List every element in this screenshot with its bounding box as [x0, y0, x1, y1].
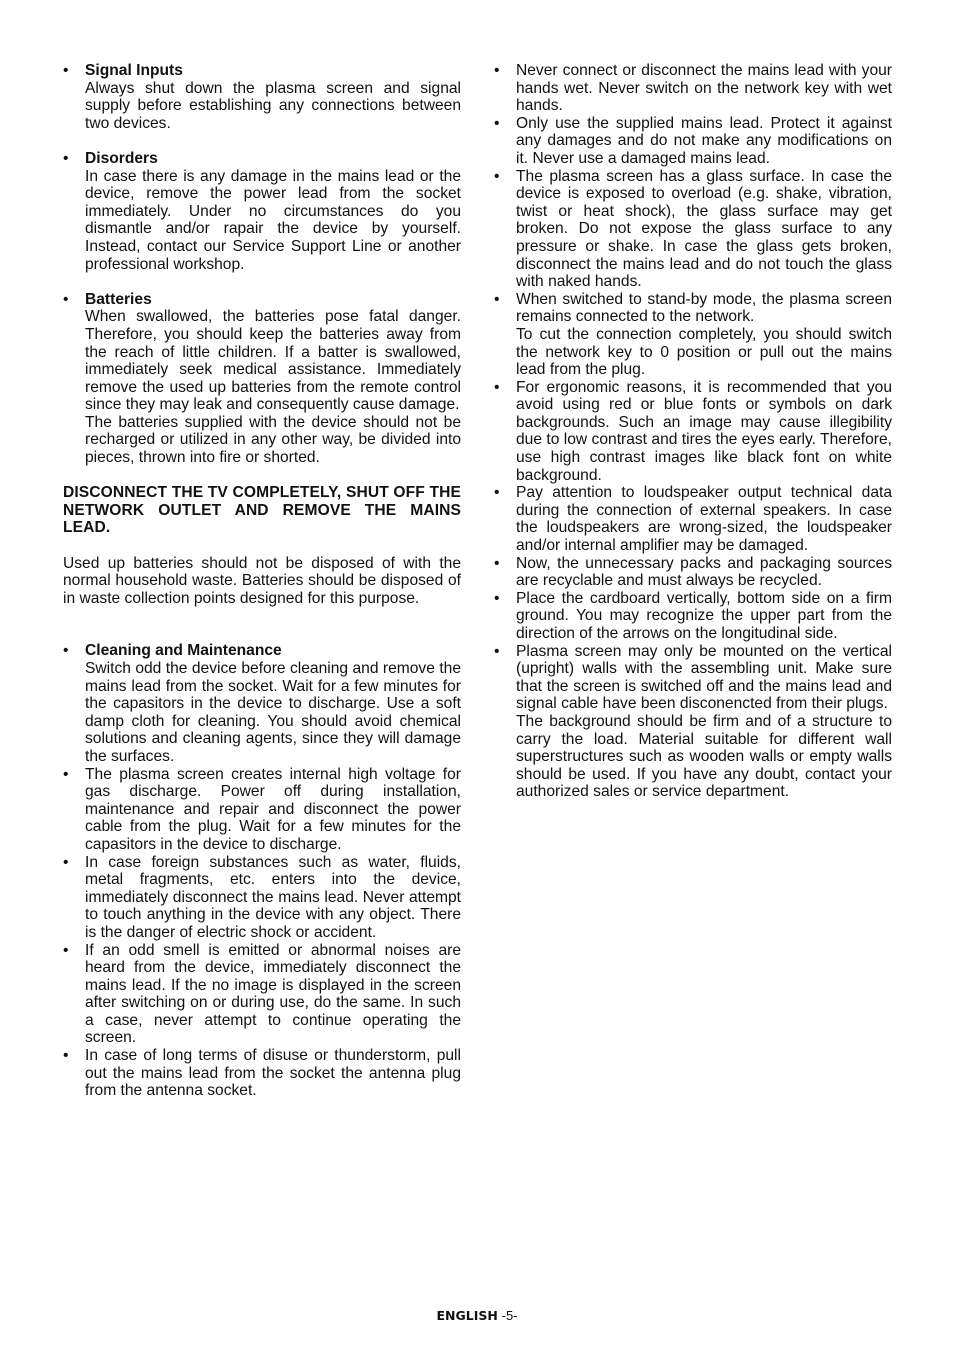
list-item-text: Plasma screen may only be mounted on the… [516, 643, 892, 713]
bullet-icon: • [494, 62, 504, 80]
section-title: Disorders [85, 150, 461, 168]
list-item-text: Never connect or disconnect the mains le… [516, 62, 892, 115]
list-item: • Never connect or disconnect the mains … [494, 62, 892, 115]
bullet-icon: • [63, 766, 73, 784]
section-text: The batteries supplied with the device s… [85, 414, 461, 467]
list-item-text: The plasma screen has a glass surface. I… [516, 168, 892, 291]
section-text: When swallowed, the batteries pose fatal… [85, 308, 461, 414]
list-item-text: To cut the connection completely, you sh… [516, 326, 892, 379]
list-item: • If an odd smell is emitted or abnormal… [63, 942, 461, 1048]
page-footer: ENGLISH -5- [0, 1308, 954, 1323]
list-item-text: In case foreign substances such as water… [85, 854, 461, 942]
bullet-icon: • [494, 291, 504, 309]
battery-disposal-note: Used up batteries should not be disposed… [63, 555, 461, 608]
left-column: • Signal Inputs Always shut down the pla… [63, 62, 461, 1100]
section-text: In case there is any damage in the mains… [85, 168, 461, 274]
bullet-icon: • [63, 62, 73, 80]
bullet-icon: • [494, 643, 504, 661]
list-item-text: Place the cardboard vertically, bottom s… [516, 590, 892, 643]
section-title: Cleaning and Maintenance [85, 642, 461, 660]
list-item-text: For ergonomic reasons, it is recommended… [516, 379, 892, 485]
list-item: • In case foreign substances such as wat… [63, 854, 461, 942]
page-number: -5- [502, 1308, 518, 1323]
list-item: • Pay attention to loudspeaker output te… [494, 484, 892, 554]
list-item-text: When switched to stand-by mode, the plas… [516, 291, 892, 326]
list-item: • Now, the unnecessary packs and packagi… [494, 555, 892, 590]
list-item: • The plasma screen creates internal hig… [63, 766, 461, 854]
list-item: • Place the cardboard vertically, bottom… [494, 590, 892, 643]
list-item-text: Only use the supplied mains lead. Protec… [516, 115, 892, 168]
footer-language: ENGLISH [437, 1308, 498, 1323]
disconnect-warning: DISCONNECT THE TV COMPLETELY, SHUT OFF T… [63, 484, 461, 537]
list-item: • Plasma screen may only be mounted on t… [494, 643, 892, 801]
bullet-icon: • [494, 379, 504, 397]
bullet-icon: • [494, 484, 504, 502]
list-item-text: The background should be firm and of a s… [516, 713, 892, 801]
list-item: • The plasma screen has a glass surface.… [494, 168, 892, 291]
bullet-icon: • [494, 555, 504, 573]
list-item-text: Now, the unnecessary packs and packaging… [516, 555, 892, 590]
bullet-icon: • [63, 291, 73, 309]
section-disorders: • Disorders In case there is any damage … [63, 150, 461, 273]
section-cleaning: • Cleaning and Maintenance Switch odd th… [63, 642, 461, 765]
bullet-icon: • [63, 854, 73, 872]
list-item-text: The plasma screen creates internal high … [85, 766, 461, 854]
section-text: Always shut down the plasma screen and s… [85, 80, 461, 133]
section-batteries: • Batteries When swallowed, the batterie… [63, 291, 461, 467]
list-item-text: In case of long terms of disuse or thund… [85, 1047, 461, 1100]
list-item: • In case of long terms of disuse or thu… [63, 1047, 461, 1100]
bullet-icon: • [494, 590, 504, 608]
section-title: Batteries [85, 291, 461, 309]
bullet-icon: • [63, 942, 73, 960]
list-item: • When switched to stand-by mode, the pl… [494, 291, 892, 379]
list-item: • Only use the supplied mains lead. Prot… [494, 115, 892, 168]
bullet-icon: • [63, 642, 73, 660]
list-item-text: If an odd smell is emitted or abnormal n… [85, 942, 461, 1048]
right-column: • Never connect or disconnect the mains … [494, 62, 892, 801]
bullet-icon: • [63, 1047, 73, 1065]
bullet-icon: • [63, 150, 73, 168]
bullet-icon: • [494, 115, 504, 133]
section-title: Signal Inputs [85, 62, 461, 80]
section-signal-inputs: • Signal Inputs Always shut down the pla… [63, 62, 461, 132]
list-item: • For ergonomic reasons, it is recommend… [494, 379, 892, 485]
bullet-icon: • [494, 168, 504, 186]
section-text: Switch odd the device before cleaning an… [85, 660, 461, 766]
list-item-text: Pay attention to loudspeaker output tech… [516, 484, 892, 554]
